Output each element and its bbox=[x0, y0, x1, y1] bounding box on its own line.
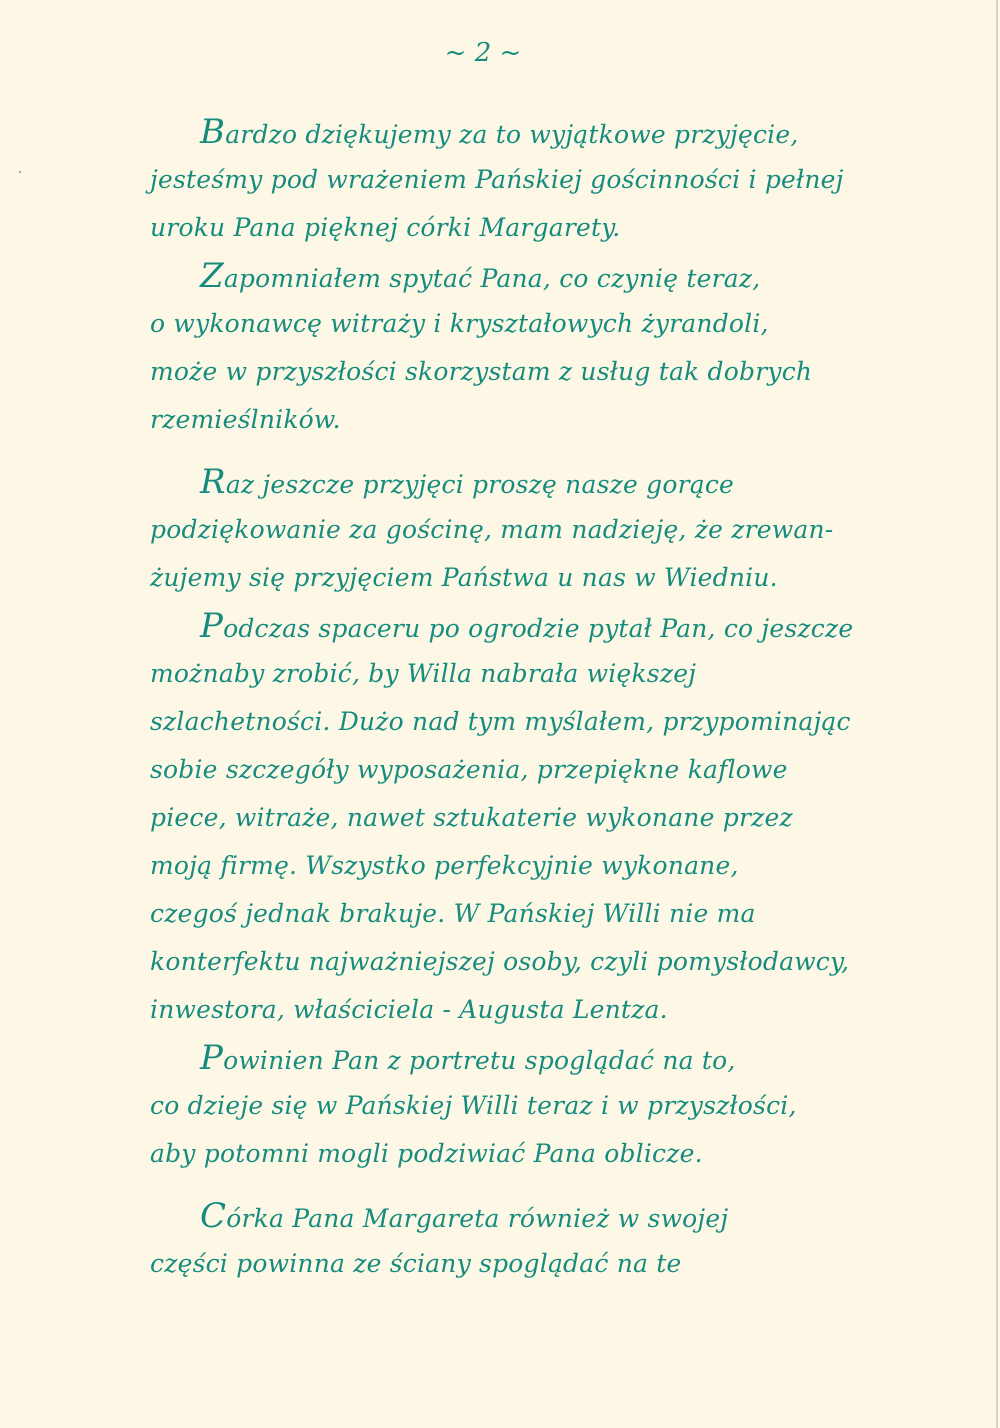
text-line: Córka Pana Margareta również w swojej bbox=[150, 1192, 970, 1240]
text-line: uroku Pana pięknej córki Margarety. bbox=[150, 204, 970, 252]
paragraph: Zapomniałem spytać Pana, co czynię teraz… bbox=[150, 252, 970, 444]
text-line: może w przyszłości skorzystam z usług ta… bbox=[150, 348, 970, 396]
text-line: sobie szczegóły wyposażenia, przepiękne … bbox=[150, 746, 970, 794]
paper-speck bbox=[19, 171, 21, 173]
text-line: aby potomni mogli podziwiać Pana oblicze… bbox=[150, 1130, 970, 1178]
text-line: części powinna ze ściany spoglądać na te bbox=[150, 1240, 970, 1288]
text-line: Podczas spaceru po ogrodzie pytał Pan, c… bbox=[150, 602, 970, 650]
paragraph: Bardzo dziękujemy za to wyjątkowe przyję… bbox=[150, 108, 970, 252]
text-line: co dzieje się w Pańskiej Willi teraz i w… bbox=[150, 1082, 970, 1130]
text-line: podziękowanie za gościnę, mam nadzieję, … bbox=[150, 506, 970, 554]
text-line: Raz jeszcze przyjęci proszę nasze gorące bbox=[150, 458, 970, 506]
text-line: Zapomniałem spytać Pana, co czynię teraz… bbox=[150, 252, 970, 300]
text-line: żujemy się przyjęciem Państwa u nas w Wi… bbox=[150, 554, 970, 602]
text-line: o wykonawcę witraży i kryształowych żyra… bbox=[150, 300, 970, 348]
text-line: rzemieślników. bbox=[150, 396, 970, 444]
text-line: Bardzo dziękujemy za to wyjątkowe przyję… bbox=[150, 108, 970, 156]
text-line: moją firmę. Wszystko perfekcyjnie wykona… bbox=[150, 842, 970, 890]
paragraph: Raz jeszcze przyjęci proszę nasze gorące… bbox=[150, 458, 970, 602]
text-line: szlachetności. Dużo nad tym myślałem, pr… bbox=[150, 698, 970, 746]
letter-body: Bardzo dziękujemy za to wyjątkowe przyję… bbox=[150, 108, 970, 1288]
text-line: Powinien Pan z portretu spoglądać na to, bbox=[150, 1034, 970, 1082]
paragraph: Powinien Pan z portretu spoglądać na to,… bbox=[150, 1034, 970, 1178]
text-line: inwestora, właściciela - Augusta Lentza. bbox=[150, 986, 970, 1034]
paragraph: Córka Pana Margareta również w swojej cz… bbox=[150, 1192, 970, 1288]
text-line: możnaby zrobić, by Willa nabrała większe… bbox=[150, 650, 970, 698]
paragraph: Podczas spaceru po ogrodzie pytał Pan, c… bbox=[150, 602, 970, 1034]
text-line: czegoś jednak brakuje. W Pańskiej Willi … bbox=[150, 890, 970, 938]
text-line: konterfektu najważniejszej osoby, czyli … bbox=[150, 938, 970, 986]
text-line: piece, witraże, nawet sztukaterie wykona… bbox=[150, 794, 970, 842]
letter-page: ~ 2 ~ Bardzo dziękujemy za to wyjątkowe … bbox=[0, 0, 998, 1428]
text-line: jesteśmy pod wrażeniem Pańskiej gościnno… bbox=[150, 156, 970, 204]
page-number: ~ 2 ~ bbox=[438, 38, 528, 68]
